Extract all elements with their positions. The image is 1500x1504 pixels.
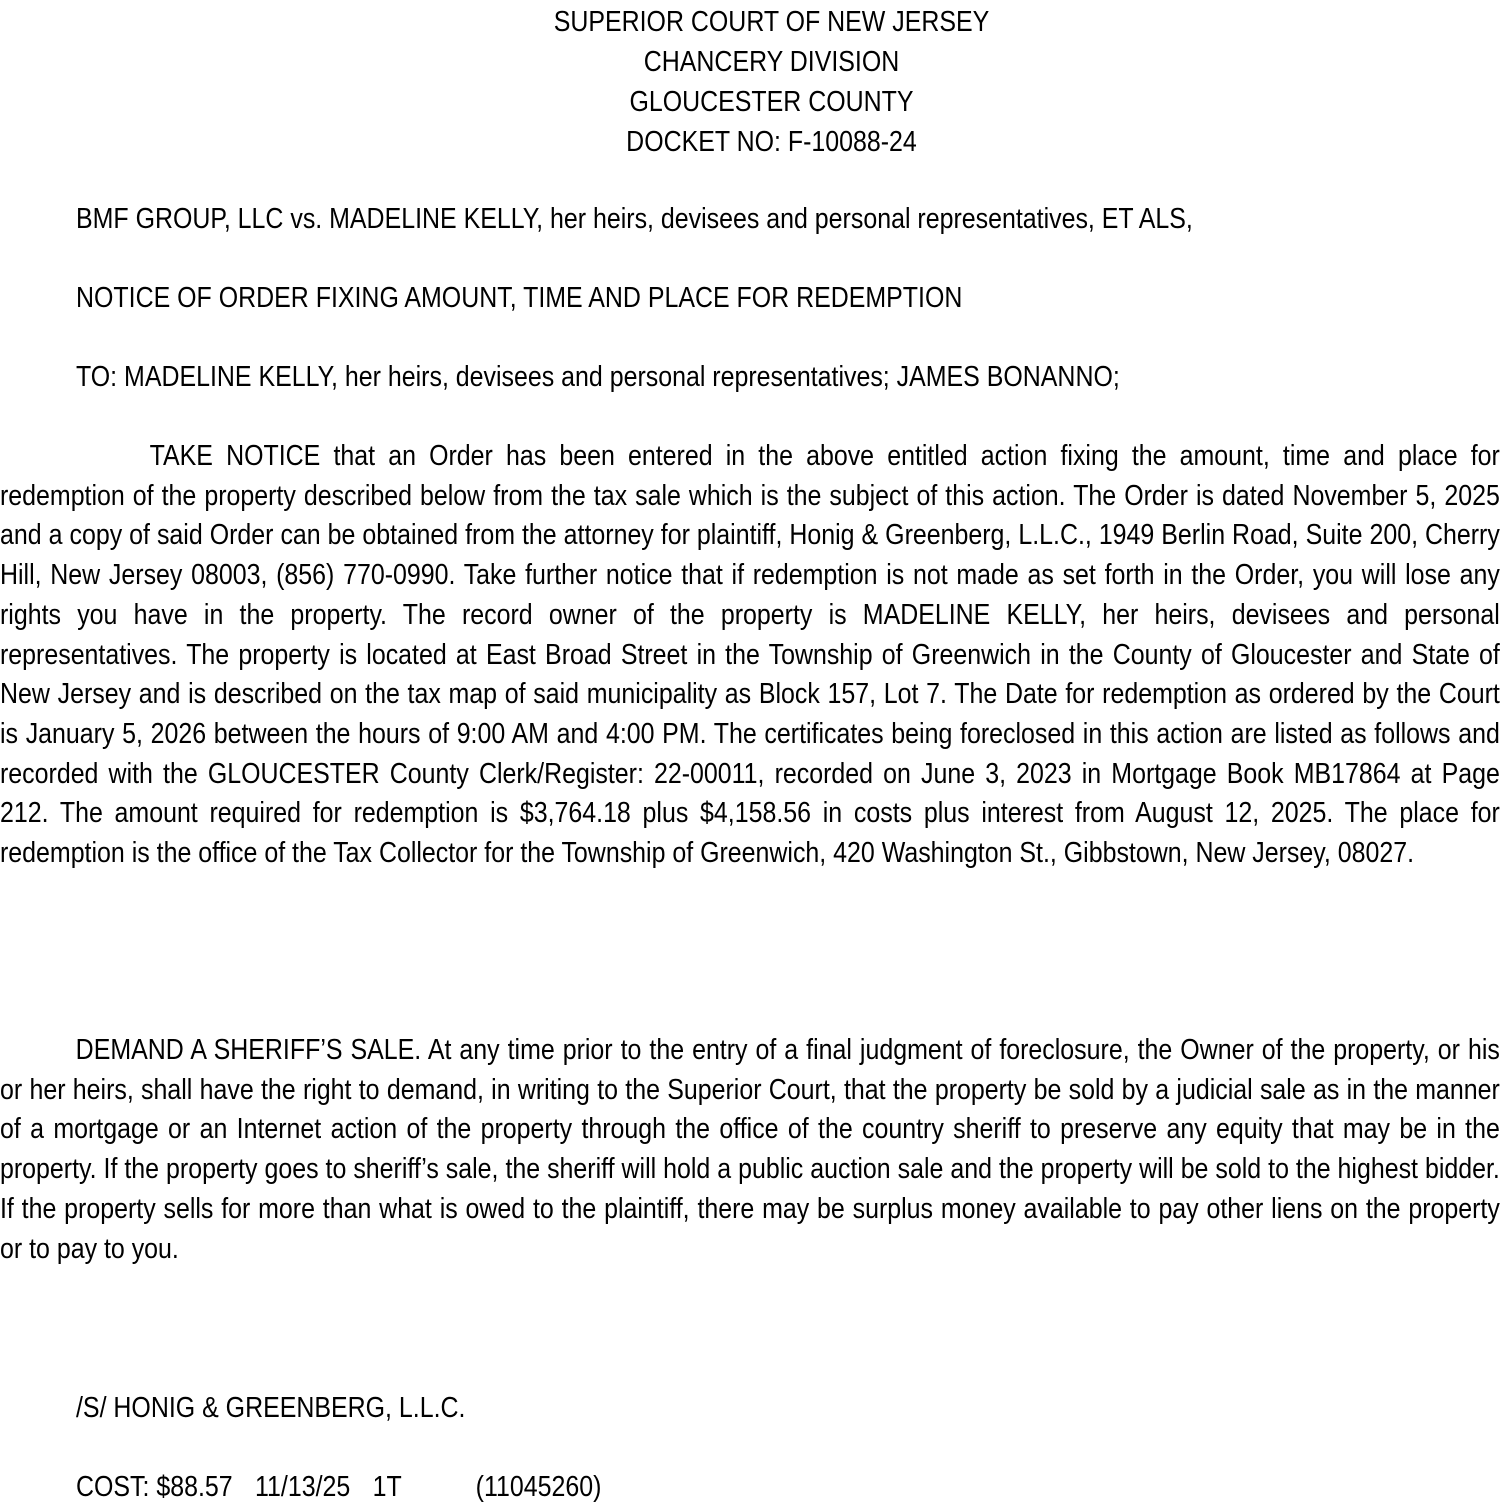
demand-sale-paragraph: DEMAND A SHERIFF’S SALE. At any time pri… (0, 1031, 1500, 1269)
legal-notice-page: SUPERIOR COURT OF NEW JERSEY CHANCERY DI… (0, 0, 1500, 1504)
court-header: SUPERIOR COURT OF NEW JERSEY CHANCERY DI… (0, 2, 1500, 162)
signature-line: /S/ HONIG & GREENBERG, L.L.C. (76, 1388, 465, 1428)
notice-addressees: TO: MADELINE KELLY, her heirs, devisees … (76, 357, 1120, 397)
take-notice-text: TAKE NOTICE that an Order has been enter… (0, 440, 1500, 869)
insertion-count: 1T (373, 1467, 402, 1504)
court-name: SUPERIOR COURT OF NEW JERSEY (145, 2, 1398, 42)
county-name: GLOUCESTER COUNTY (145, 82, 1398, 122)
take-notice-paragraph: TAKE NOTICE that an Order has been enter… (0, 437, 1500, 874)
case-caption: BMF GROUP, LLC vs. MADELINE KELLY, her h… (76, 199, 1193, 239)
docket-number: DOCKET NO: F-10088-24 (145, 122, 1398, 162)
division-name: CHANCERY DIVISION (145, 42, 1398, 82)
publication-date: 11/13/25 (255, 1467, 350, 1504)
ad-number: (11045260) (476, 1467, 602, 1504)
cost-line: COST: $88.5711/13/251T(11045260) (76, 1467, 601, 1504)
demand-sale-text: DEMAND A SHERIFF’S SALE. At any time pri… (0, 1034, 1500, 1265)
cost-amount: COST: $88.57 (76, 1467, 233, 1504)
notice-title: NOTICE OF ORDER FIXING AMOUNT, TIME AND … (76, 278, 962, 318)
